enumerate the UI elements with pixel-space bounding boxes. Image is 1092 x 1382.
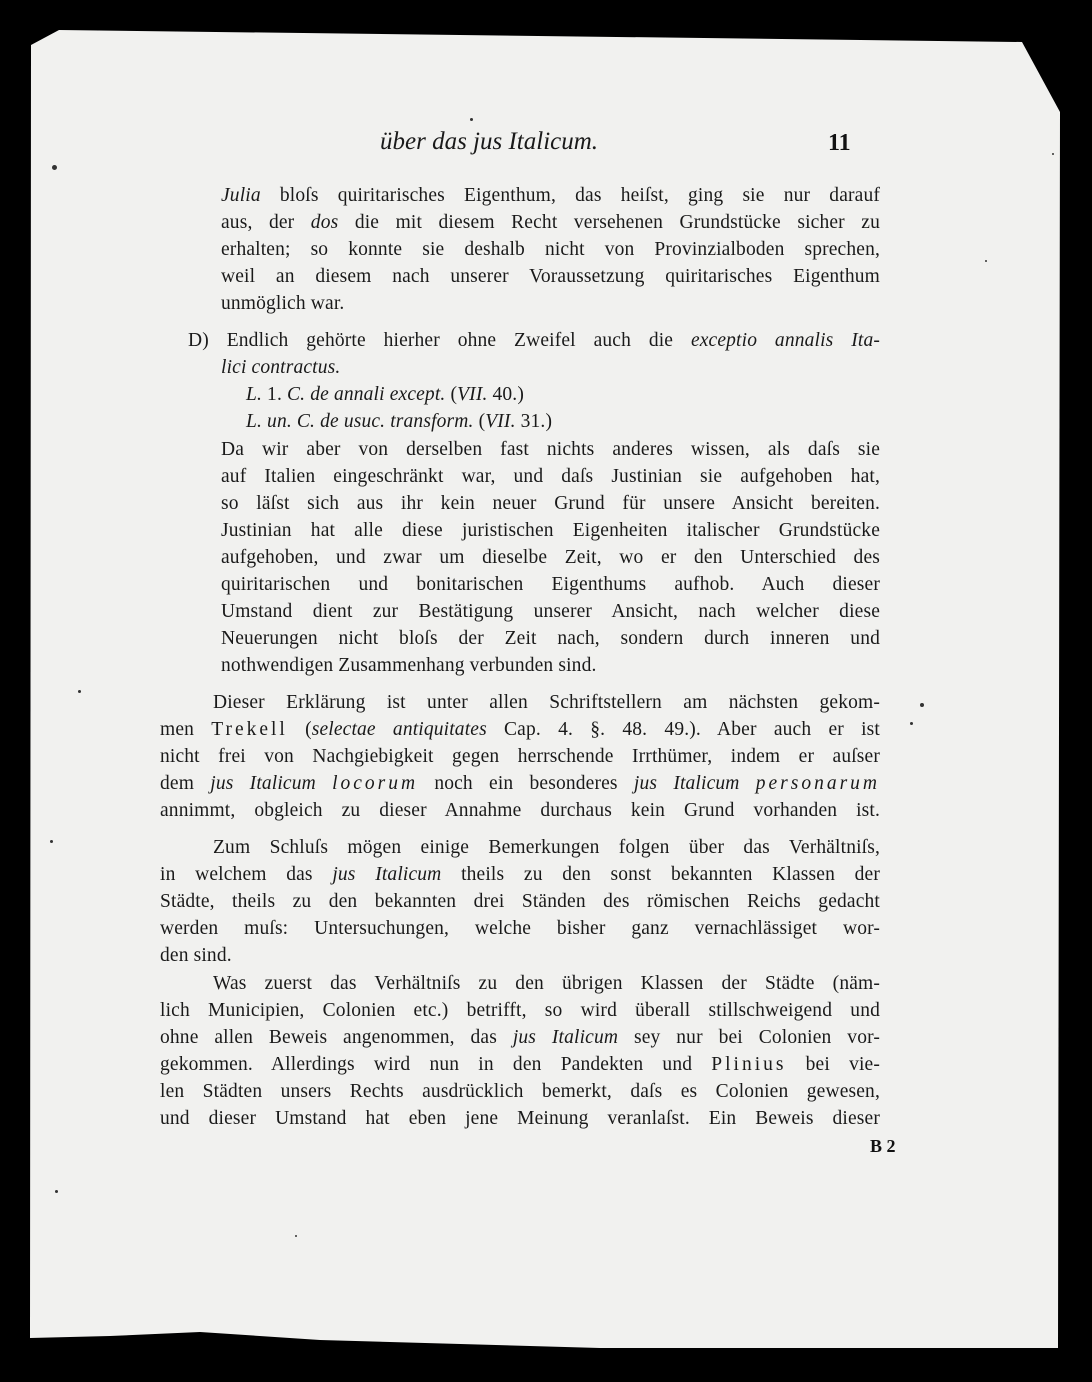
text-line: Was zuerst das Verhältniſs zu den übrige…: [213, 970, 880, 997]
scan-speck: [55, 1190, 58, 1193]
text-line: nothwendigen Zusammenhang verbunden sind…: [221, 652, 597, 679]
scan-speck: [470, 118, 473, 121]
signature-mark: B 2: [870, 1136, 896, 1157]
text-line: Da wir aber von derselben fast nichts an…: [221, 436, 880, 463]
text-line: so läſst sich aus ihr kein neuer Grund f…: [221, 490, 880, 517]
text-line: in welchem das jus Italicum theils zu de…: [160, 861, 880, 888]
scan-speck: [1052, 153, 1054, 155]
text-line: aufgehoben, und zwar um dieselbe Zeit, w…: [221, 544, 880, 571]
text-line: Justinian hat alle diese juristischen Ei…: [221, 517, 880, 544]
text-line: Neuerungen nicht bloſs der Zeit nach, so…: [221, 625, 880, 652]
text-line: gekommen. Allerdings wird nun in den Pan…: [160, 1051, 880, 1078]
scan-speck: [295, 1235, 297, 1237]
page-number: 11: [828, 130, 851, 157]
text-line: quiritarischen und bonitarischen Eigenth…: [221, 571, 880, 598]
scan-speck: [50, 840, 53, 843]
running-title: über das jus Italicum.: [380, 128, 598, 156]
scanned-page: über das jus Italicum. 11 Julia bloſs qu…: [0, 0, 1092, 1382]
text-line: ohne allen Beweis angenommen, das jus It…: [160, 1024, 880, 1051]
text-line: len Städten unsers Rechts ausdrücklich b…: [160, 1078, 880, 1105]
text-line: men Trekell (selectae antiquitates Cap. …: [160, 716, 880, 743]
text-line: weil an diesem nach unserer Voraussetzun…: [221, 263, 880, 290]
text-line: D) Endlich gehörte hierher ohne Zweifel …: [188, 327, 880, 354]
text-line: L. 1. C. de annali except. (VII. 40.): [246, 381, 524, 408]
text-line: lici contractus.: [221, 354, 340, 381]
text-line: Umstand dient zur Bestätigung unserer An…: [221, 598, 880, 625]
text-line: nicht frei von Nachgiebigkeit gegen herr…: [160, 743, 880, 770]
text-line: lich Municipien, Colonien etc.) betrifft…: [160, 997, 880, 1024]
scan-speck: [920, 703, 924, 707]
scan-speck: [52, 165, 57, 170]
text-line: den sind.: [160, 942, 232, 969]
text-line: Dieser Erklärung ist unter allen Schrift…: [213, 689, 880, 716]
text-line: auf Italien eingeschränkt war, und daſs …: [221, 463, 880, 490]
text-line: dem jus Italicum locorum noch ein besond…: [160, 770, 880, 797]
text-line: L. un. C. de usuc. transform. (VII. 31.): [246, 408, 552, 435]
text-line: annimmt, obgleich zu dieser Annahme durc…: [160, 797, 880, 824]
text-line: und dieser Umstand hat eben jene Meinung…: [160, 1105, 880, 1132]
text-line: Städte, theils zu den bekannten drei Stä…: [160, 888, 880, 915]
scan-speck: [985, 260, 987, 262]
text-line: werden muſs: Untersuchungen, welche bish…: [160, 915, 880, 942]
scan-speck: [78, 690, 81, 693]
text-line: Julia bloſs quiritarisches Eigenthum, da…: [221, 182, 880, 209]
scan-speck: [910, 722, 913, 725]
text-line: aus, der dos die mit diesem Recht verseh…: [221, 209, 880, 236]
text-line: unmöglich war.: [221, 290, 344, 317]
text-line: erhalten; so konnte sie deshalb nicht vo…: [221, 236, 880, 263]
text-line: Zum Schluſs mögen einige Bemerkungen fol…: [213, 834, 880, 861]
